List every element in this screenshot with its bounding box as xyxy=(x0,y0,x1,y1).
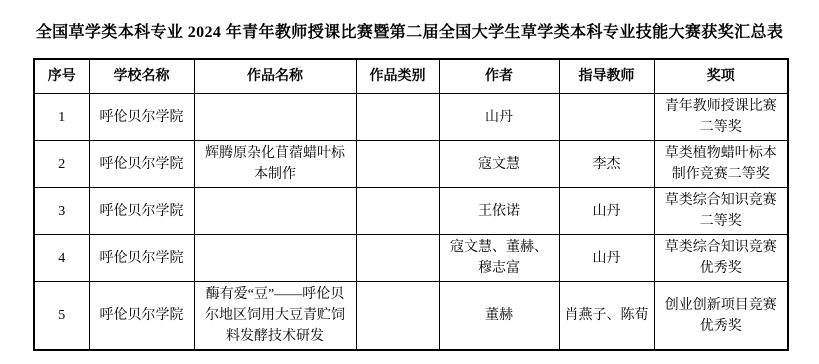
cell-award: 创业创新项目竞赛优秀奖 xyxy=(654,282,788,351)
document-title: 全国草学类本科专业 2024 年青年教师授课比赛暨第二届全国大学生草学类本科专业… xyxy=(0,0,819,43)
cell-advisor: 山丹 xyxy=(559,235,654,282)
cell-work-title xyxy=(194,235,356,282)
cell-advisor xyxy=(559,94,654,141)
cell-advisor: 山丹 xyxy=(559,188,654,235)
cell-work-title xyxy=(194,188,356,235)
column-header-work-category: 作品类别 xyxy=(356,59,439,94)
table-row: 2 呼伦贝尔学院 辉腾原杂化苜蓿蜡叶标本制作 寇文慧 李杰 草类植物蜡叶标本制作… xyxy=(34,141,788,188)
cell-index: 3 xyxy=(34,188,89,235)
cell-work-category xyxy=(356,188,439,235)
column-header-advisor: 指导教师 xyxy=(559,59,654,94)
cell-award: 草类综合知识竞赛二等奖 xyxy=(654,188,788,235)
cell-author: 寇文慧 xyxy=(439,141,559,188)
table-row: 4 呼伦贝尔学院 寇文慧、董赫、穆志富 山丹 草类综合知识竞赛优秀奖 xyxy=(34,235,788,282)
table-row: 1 呼伦贝尔学院 山丹 青年教师授课比赛二等奖 xyxy=(34,94,788,141)
cell-school: 呼伦贝尔学院 xyxy=(89,235,194,282)
awards-table: 序号 学校名称 作品名称 作品类别 作者 指导教师 奖项 1 呼伦贝尔学院 山丹… xyxy=(33,58,789,351)
document-page: 全国草学类本科专业 2024 年青年教师授课比赛暨第二届全国大学生草学类本科专业… xyxy=(0,0,819,364)
column-header-award: 奖项 xyxy=(654,59,788,94)
cell-school: 呼伦贝尔学院 xyxy=(89,94,194,141)
cell-award: 草类综合知识竞赛优秀奖 xyxy=(654,235,788,282)
cell-award: 草类植物蜡叶标本制作竞赛二等奖 xyxy=(654,141,788,188)
column-header-work-title: 作品名称 xyxy=(194,59,356,94)
cell-advisor: 李杰 xyxy=(559,141,654,188)
cell-index: 4 xyxy=(34,235,89,282)
cell-author: 王依诺 xyxy=(439,188,559,235)
cell-work-title xyxy=(194,94,356,141)
cell-work-category xyxy=(356,94,439,141)
table-row: 3 呼伦贝尔学院 王依诺 山丹 草类综合知识竞赛二等奖 xyxy=(34,188,788,235)
cell-author: 山丹 xyxy=(439,94,559,141)
cell-work-category xyxy=(356,282,439,351)
column-header-author: 作者 xyxy=(439,59,559,94)
cell-school: 呼伦贝尔学院 xyxy=(89,282,194,351)
table-row: 5 呼伦贝尔学院 酶有爱“豆”——呼伦贝尔地区饲用大豆青贮饲料发酵技术研发 董赫… xyxy=(34,282,788,351)
cell-author: 寇文慧、董赫、穆志富 xyxy=(439,235,559,282)
header-row: 序号 学校名称 作品名称 作品类别 作者 指导教师 奖项 xyxy=(34,59,788,94)
cell-index: 1 xyxy=(34,94,89,141)
cell-work-category xyxy=(356,141,439,188)
cell-award: 青年教师授课比赛二等奖 xyxy=(654,94,788,141)
column-header-school: 学校名称 xyxy=(89,59,194,94)
cell-author: 董赫 xyxy=(439,282,559,351)
column-header-index: 序号 xyxy=(34,59,89,94)
cell-school: 呼伦贝尔学院 xyxy=(89,141,194,188)
cell-index: 5 xyxy=(34,282,89,351)
cell-work-category xyxy=(356,235,439,282)
cell-work-title: 酶有爱“豆”——呼伦贝尔地区饲用大豆青贮饲料发酵技术研发 xyxy=(194,282,356,351)
cell-index: 2 xyxy=(34,141,89,188)
cell-advisor: 肖燕子、陈荀 xyxy=(559,282,654,351)
cell-school: 呼伦贝尔学院 xyxy=(89,188,194,235)
cell-work-title: 辉腾原杂化苜蓿蜡叶标本制作 xyxy=(194,141,356,188)
